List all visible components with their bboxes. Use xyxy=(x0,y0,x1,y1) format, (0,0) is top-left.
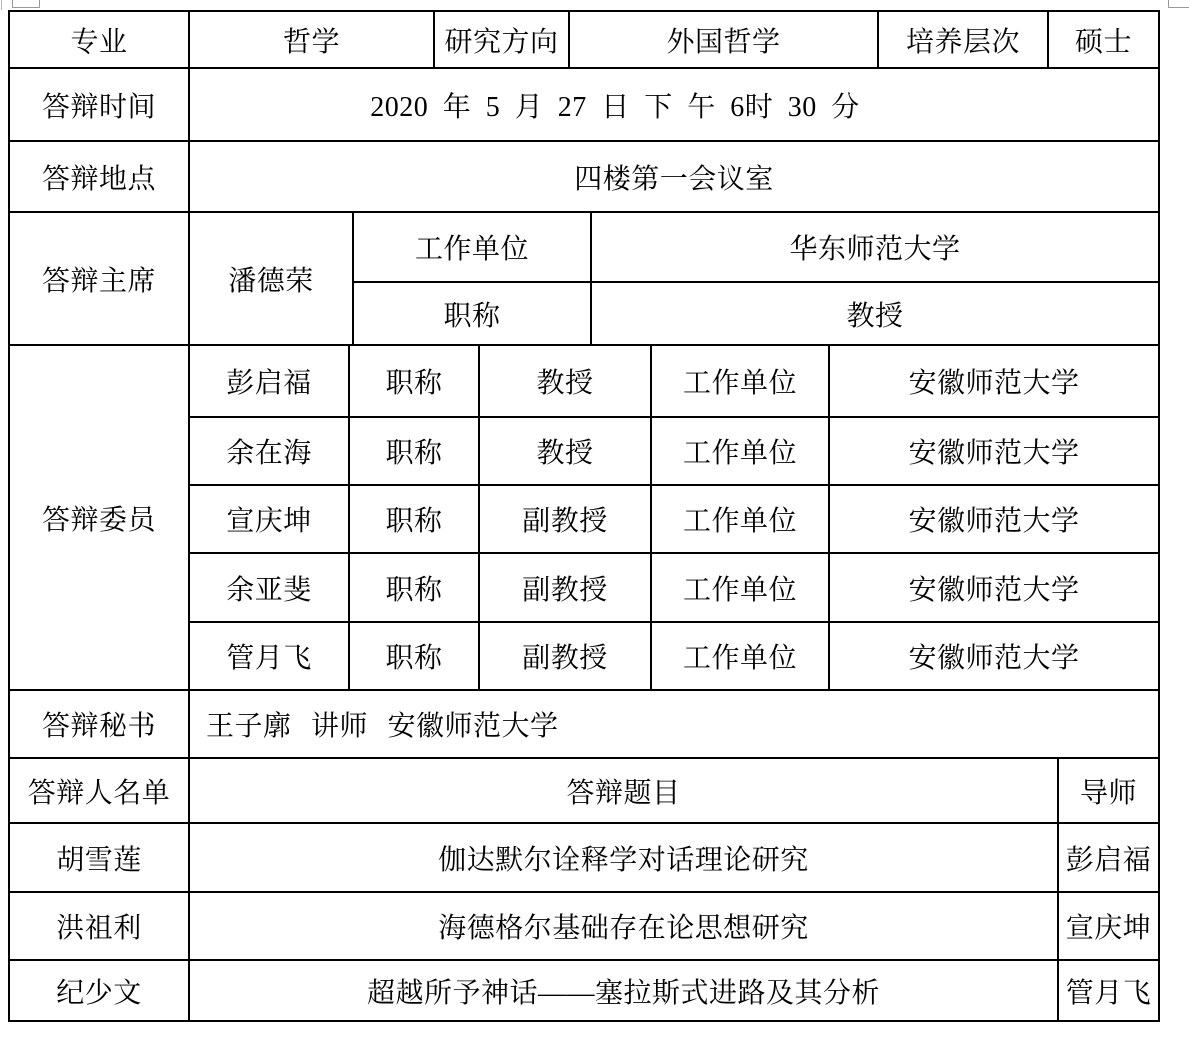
cell-member-work: 安徽师范大学 xyxy=(830,346,1158,416)
table-row-place: 答辩地点 四楼第一会议室 xyxy=(10,142,1158,213)
cell-student-thesis: 伽达默尔诠释学对话理论研究 xyxy=(190,824,1059,891)
table-band-chair: 答辩主席 潘德荣 工作单位 华东师范大学 职称 教授 xyxy=(10,213,1158,346)
table-row-student: 洪祖利 海德格尔基础存在论思想研究 宣庆坤 xyxy=(10,893,1158,961)
cell-member-name: 宣庆坤 xyxy=(190,486,350,552)
cell-direction-value: 外国哲学 xyxy=(570,12,879,67)
cell-student-advisor: 彭启福 xyxy=(1059,824,1158,891)
cell-member-work-label: 工作单位 xyxy=(652,346,830,416)
cell-remnant-top-left xyxy=(12,0,40,8)
cell-member-work-label: 工作单位 xyxy=(652,623,830,689)
committee-member-row: 余亚斐 职称 副教授 工作单位 安徽师范大学 xyxy=(190,554,1158,623)
cell-member-work: 安徽师范大学 xyxy=(830,554,1158,621)
cell-chair-work-value: 华东师范大学 xyxy=(592,213,1158,281)
cell-secretary-label: 答辩秘书 xyxy=(10,691,190,757)
table-row-list-header: 答辩人名单 答辩题目 导师 xyxy=(10,759,1158,824)
cell-member-title: 副教授 xyxy=(480,486,652,552)
cell-major-value: 哲学 xyxy=(190,12,435,67)
cell-chair-name: 潘德荣 xyxy=(190,213,354,344)
cell-chair-title-value: 教授 xyxy=(592,283,1158,344)
cell-student-name: 纪少文 xyxy=(10,961,190,1020)
committee-member-row: 余在海 职称 教授 工作单位 安徽师范大学 xyxy=(190,418,1158,486)
table-row-major: 专业 哲学 研究方向 外国哲学 培养层次 硕士 xyxy=(10,12,1158,69)
cell-direction-label: 研究方向 xyxy=(435,12,570,67)
page-edge-tick xyxy=(1,0,2,10)
cell-member-name: 彭启福 xyxy=(190,346,350,416)
cell-topic-header: 答辩题目 xyxy=(190,759,1059,822)
cell-remnant-top-right xyxy=(1168,0,1189,8)
chair-work-row: 工作单位 华东师范大学 xyxy=(354,213,1158,283)
cell-member-title-label: 职称 xyxy=(350,418,480,484)
cell-time-value: 2020 年 5 月 27 日 下 午 6时 30 分 xyxy=(190,69,1158,140)
cell-place-value: 四楼第一会议室 xyxy=(190,142,1158,211)
table-row-time: 答辩时间 2020 年 5 月 27 日 下 午 6时 30 分 xyxy=(10,69,1158,142)
cell-member-title: 副教授 xyxy=(480,554,652,621)
cell-chair-label: 答辩主席 xyxy=(10,213,190,344)
cell-member-title: 副教授 xyxy=(480,623,652,689)
cell-member-name: 余在海 xyxy=(190,418,350,484)
cell-level-value: 硕士 xyxy=(1049,12,1158,67)
chair-detail-column: 工作单位 华东师范大学 职称 教授 xyxy=(354,213,1158,344)
cell-student-name: 胡雪莲 xyxy=(10,824,190,891)
cell-member-title: 教授 xyxy=(480,346,652,416)
cell-student-thesis: 海德格尔基础存在论思想研究 xyxy=(190,893,1059,959)
table-band-committee: 答辩委员 彭启福 职称 教授 工作单位 安徽师范大学 余在海 职称 教授 工作单… xyxy=(10,346,1158,691)
committee-member-row: 管月飞 职称 副教授 工作单位 安徽师范大学 xyxy=(190,623,1158,689)
committee-member-row: 宣庆坤 职称 副教授 工作单位 安徽师范大学 xyxy=(190,486,1158,554)
cell-chair-work-label: 工作单位 xyxy=(354,213,592,281)
cell-major-label: 专业 xyxy=(10,12,190,67)
table-row-secretary: 答辩秘书 王子廓 讲师 安徽师范大学 xyxy=(10,691,1158,759)
cell-member-work: 安徽师范大学 xyxy=(830,486,1158,552)
committee-member-row: 彭启福 职称 教授 工作单位 安徽师范大学 xyxy=(190,346,1158,418)
cell-chair-title-label: 职称 xyxy=(354,283,592,344)
cell-student-thesis: 超越所予神话——塞拉斯式进路及其分析 xyxy=(190,961,1059,1020)
cell-place-label: 答辩地点 xyxy=(10,142,190,211)
cell-member-work-label: 工作单位 xyxy=(652,418,830,484)
cell-member-work: 安徽师范大学 xyxy=(830,623,1158,689)
cell-member-title-label: 职称 xyxy=(350,623,480,689)
cell-member-name: 余亚斐 xyxy=(190,554,350,621)
cell-student-advisor: 管月飞 xyxy=(1059,961,1158,1020)
cell-secretary-value: 王子廓 讲师 安徽师范大学 xyxy=(190,691,1158,757)
cell-list-header-label: 答辩人名单 xyxy=(10,759,190,822)
cell-advisor-header: 导师 xyxy=(1059,759,1158,822)
cell-member-work-label: 工作单位 xyxy=(652,554,830,621)
cell-member-title-label: 职称 xyxy=(350,554,480,621)
cell-student-name: 洪祖利 xyxy=(10,893,190,959)
cell-member-title-label: 职称 xyxy=(350,486,480,552)
cell-member-work-label: 工作单位 xyxy=(652,486,830,552)
cell-level-label: 培养层次 xyxy=(879,12,1049,67)
cell-time-label: 答辩时间 xyxy=(10,69,190,140)
cell-committee-label: 答辩委员 xyxy=(10,346,190,689)
chair-title-row: 职称 教授 xyxy=(354,283,1158,344)
cell-member-name: 管月飞 xyxy=(190,623,350,689)
cell-student-advisor: 宣庆坤 xyxy=(1059,893,1158,959)
table-row-student: 胡雪莲 伽达默尔诠释学对话理论研究 彭启福 xyxy=(10,824,1158,893)
table-row-student: 纪少文 超越所予神话——塞拉斯式进路及其分析 管月飞 xyxy=(10,961,1158,1020)
cell-member-title: 教授 xyxy=(480,418,652,484)
cell-member-work: 安徽师范大学 xyxy=(830,418,1158,484)
cell-member-title-label: 职称 xyxy=(350,346,480,416)
defense-schedule-table: 专业 哲学 研究方向 外国哲学 培养层次 硕士 答辩时间 2020 年 5 月 … xyxy=(8,10,1160,1022)
committee-members-column: 彭启福 职称 教授 工作单位 安徽师范大学 余在海 职称 教授 工作单位 安徽师… xyxy=(190,346,1158,689)
